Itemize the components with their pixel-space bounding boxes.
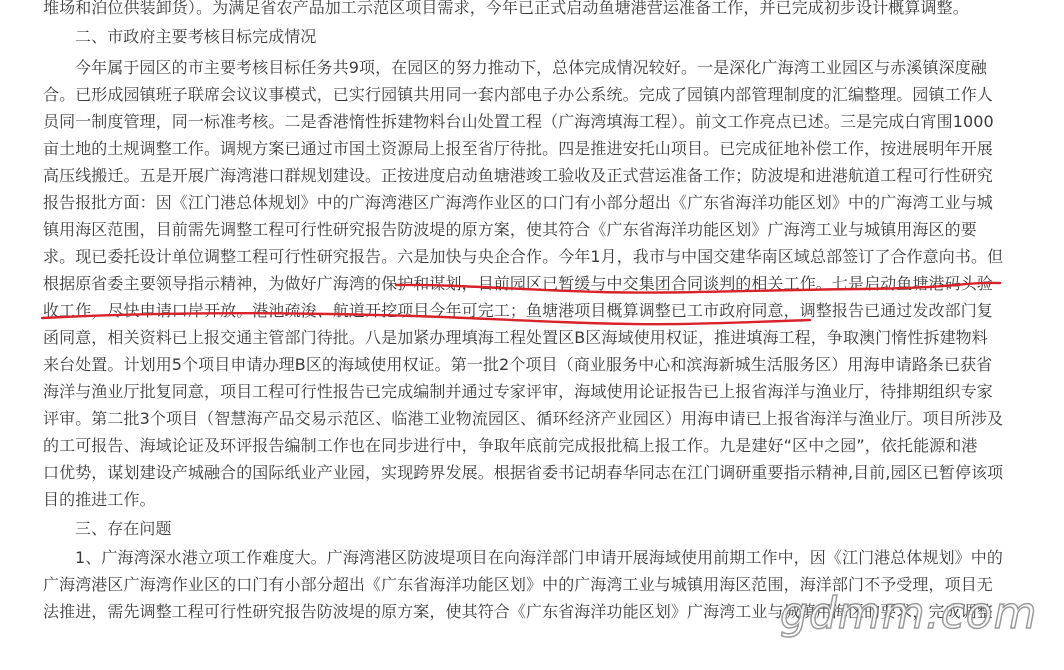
paragraph-line: 广海湾港区广海湾作业区的口门有小部分超出《广东省海洋功能区划》中的广海湾工业与城…	[43, 575, 993, 595]
paragraph-line: 根据原省委主要领导指示精神，为做好广海湾的保护和谋划，目前园区已暂缓与中交集团合…	[43, 274, 993, 294]
paragraph-line: 求。现已委托设计单位调整工程可行性研究报告。六是加快与央企合作。今年1月，我市与…	[43, 247, 1003, 267]
paragraph-line: 今年属于园区的市主要考核目标任务共9项，在园区的努力推动下，总体完成情况较好。一…	[75, 58, 987, 78]
paragraph-line: 目的推进工作。	[43, 490, 156, 510]
paragraph-line: 镇用海区范围，目前需先调整工程可行性研究报告防波堤的原方案，使其符合《广东省海洋…	[43, 220, 977, 240]
paragraph-line: 报告报批方面：因《江门港总体规划》中的广海湾港区广海湾作业区的口门有小部分超出《…	[43, 193, 993, 213]
paragraph-line: 口优势，谋划建设产城融合的国际纸业产业园，实现跨界发展。根据省委书记胡春华同志在…	[43, 463, 1003, 483]
paragraph-line: 收工作，尽快申请口岸开放。港池疏浚、航道开挖项目今年可完工；鱼塘港项目概算调整已…	[43, 301, 993, 321]
paragraph-line: 的工可报告、海域论证及环评报告编制工作也在同步进行中，争取年底前完成报批稿上报工…	[43, 436, 977, 456]
paragraph-line: 海洋与渔业厅批复同意，项目工程可行性报告已完成编制并通过专家评审，海域使用论证报…	[43, 382, 993, 402]
paragraph-line: 函同意，相关资料已上报交通主管部门待批。八是加紧办理填海工程处置区B区海域使用权…	[43, 328, 988, 348]
paragraph-line: 合。已形成园镇班子联席会议议事模式，已实行园镇共用同一套内部电子办公系统。完成了…	[43, 85, 993, 105]
section-heading-3: 三、存在问题	[75, 519, 172, 539]
paragraph-line: 员同一制度管理，同一标准考核。二是香港惰性拆建物料台山处置工程（广海湾填海工程）…	[43, 112, 994, 132]
paragraph-line: 来台处置。计划用5个项目申请办理B区的海域使用权证。第一批2个项目（商业服务中心…	[43, 355, 992, 375]
paragraph-line: 1、广海湾深水港立项工作难度大。广海湾港区防波堤项目在向海洋部门申请开展海域使用…	[75, 548, 1003, 568]
paragraph-line: 亩土地的土规调整工作。调规方案已通过市国土资源局上报至省厅待批。四是推进安托山项…	[43, 139, 993, 159]
section-heading-2: 二、市政府主要考核目标完成情况	[75, 27, 317, 47]
paragraph-line: 高压线搬迁。五是开展广海湾港口群规划建设。正按进度启动鱼塘港竣工验收及正式营运准…	[43, 166, 993, 186]
paragraph-line: 评审。第二批3个项目（智慧海产品交易示范区、临港工业物流园区、循环经济产业园区）…	[43, 409, 1003, 429]
paragraph-line: 法推进，需先调整工程可行性研究报告防波堤的原方案，使其符合《广东省海洋功能区划》…	[43, 602, 993, 622]
paragraph-fragment-top: 堆场和泊位供装卸货）。为满足省农产品加工示范区项目需求，今年已正式启动鱼塘港营运…	[43, 0, 969, 18]
